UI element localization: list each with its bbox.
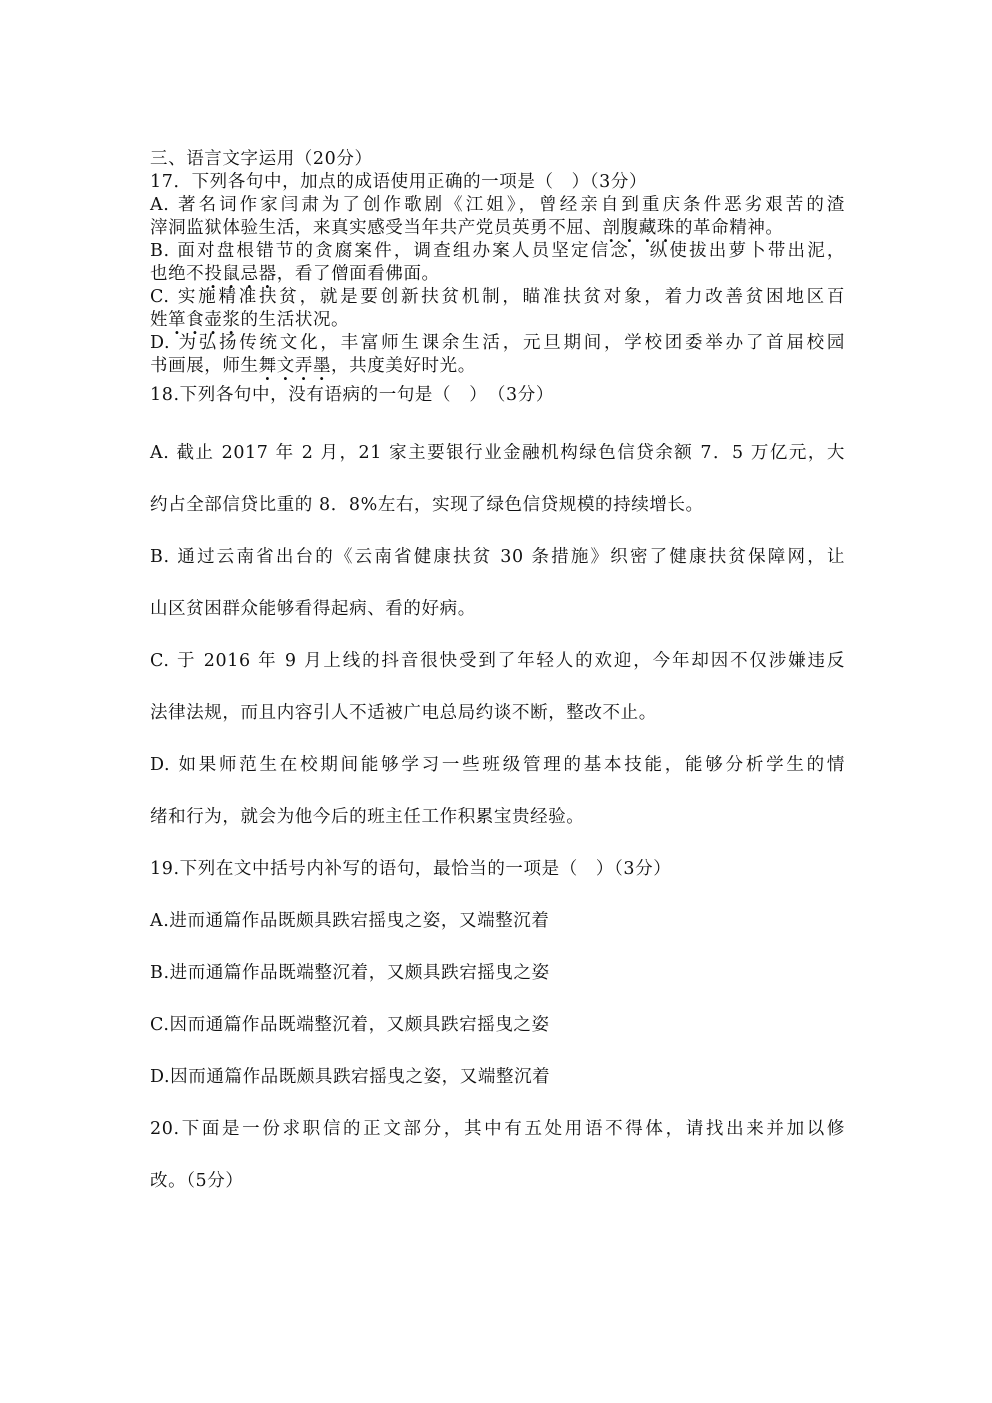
dotted-char: 食 — [186, 310, 204, 330]
option-label: B. — [150, 547, 170, 567]
q19-option-d: D.因而通篇作品既颇具跌宕摇曳之姿，又端整沉着 — [150, 1051, 845, 1103]
option-text: 通过云南省出台的《云南省健康扶贫 30 条措施》织密了健康扶贫保障网，让 — [177, 547, 845, 567]
option-label: B. — [150, 963, 170, 983]
dotted-char: 忌 — [241, 264, 259, 284]
option-text: 为弘扬传统文化，丰富师生课余生活，元旦期间，学校团委举办了首届校园 — [179, 333, 845, 353]
option-text: 的生活状况。 — [241, 310, 350, 330]
q19-stem: 19.下列在文中括号内补写的语句，最恰当的一项是（ ）（3分） — [150, 843, 845, 895]
option-text: 于 2016 年 9 月上线的抖音很快受到了年轻人的欢迎，今年却因不仅涉嫌违反 — [177, 651, 845, 671]
option-label: D. — [150, 333, 170, 353]
dotted-char: 藏 — [639, 218, 657, 238]
q17-option-d-line2: 书画展，师生舞文弄墨，共度美好时光。 — [150, 355, 845, 378]
option-text: 如果师范生在校期间能够学习一些班级管理的基本技能，能够分析学生的情 — [179, 755, 845, 775]
q17-option-b-line1: B. 面对盘根错节的贪腐案件，调查组办案人员坚定信念，纵使拔出萝卜带出泥， — [150, 240, 845, 263]
option-text: 进而通篇作品既颇具跌宕摇曳之姿，又端整沉着 — [169, 911, 549, 931]
dotted-char: 器 — [259, 264, 277, 284]
option-text: 截止 2017 年 2 月，21 家主要银行业金融机构绿色信贷余额 7．5 万亿… — [176, 443, 845, 463]
q17-option-c-line1: C. 实施精准扶贫，就是要创新扶贫机制，瞄准扶贫对象，着力改善贫困地区百 — [150, 286, 845, 309]
option-label: A. — [150, 911, 169, 931]
option-text: 姓 — [150, 310, 168, 330]
option-text: 因而通篇作品既端整沉着，又颇具跌宕摇曳之姿 — [170, 1015, 550, 1035]
option-label: D. — [150, 1067, 170, 1087]
option-label: D. — [150, 755, 170, 775]
dotted-char: 鼠 — [222, 264, 240, 284]
question-text: 20.下面是一份求职信的正文部分，其中有五处用语不得体，请找出来并加以修 — [150, 1119, 845, 1139]
q18-option-d-line2: 绪和行为，就会为他今后的班主任工作积累宝贵经验。 — [150, 791, 845, 843]
option-label: C. — [150, 1015, 170, 1035]
q17-option-d-line1: D. 为弘扬传统文化，丰富师生课余生活，元旦期间，学校团委举办了首届校园 — [150, 332, 845, 355]
dotted-char: 文 — [277, 356, 295, 376]
option-text: 因而通篇作品既颇具跌宕摇曳之姿，又端整沉着 — [170, 1067, 550, 1087]
option-label: B. — [150, 241, 170, 261]
q17-stem: 17．下列各句中，加点的成语使用正确的一项是（ ）（3分） — [150, 171, 845, 194]
q17-option-b-line2: 也绝不投鼠忌器，看了僧面看佛面。 — [150, 263, 845, 286]
option-text: ，共度美好时光。 — [331, 356, 476, 376]
dotted-char: 墨 — [313, 356, 331, 376]
q19-option-c: C.因而通篇作品既端整沉着，又颇具跌宕摇曳之姿 — [150, 999, 845, 1051]
q17-option-c-line2: 姓箪食壶浆的生活状况。 — [150, 309, 845, 332]
q20-stem-line2: 改。（5分） — [150, 1155, 845, 1207]
dotted-char: 腹 — [621, 218, 639, 238]
option-text: 书画展，师生 — [150, 356, 259, 376]
dotted-char: 弄 — [295, 356, 313, 376]
q18-option-a-line1: A. 截止 2017 年 2 月，21 家主要银行业金融机构绿色信贷余额 7．5… — [150, 427, 845, 479]
q19-option-a: A.进而通篇作品既颇具跌宕摇曳之姿，又端整沉着 — [150, 895, 845, 947]
option-text: 的革命精神。 — [675, 218, 784, 238]
q17-option-a-line1: A. 著名词作家闫肃为了创作歌剧《江姐》，曾经亲自到重庆条件恶劣艰苦的渣 — [150, 194, 845, 217]
option-text: 实施精准扶贫，就是要创新扶贫机制，瞄准扶贫对象，着力改善贫困地区百 — [178, 287, 845, 307]
q18-option-c-line2: 法律法规，而且内容引人不适被广电总局约谈不断，整改不止。 — [150, 687, 845, 739]
option-text: 著名词作家闫肃为了创作歌剧《江姐》，曾经亲自到重庆条件恶劣艰苦的渣 — [178, 195, 845, 215]
q18-option-b-line2: 山区贫困群众能够看得起病、看的好病。 — [150, 583, 845, 635]
option-text: 也绝不 — [150, 264, 204, 284]
q20-stem-line1: 20.下面是一份求职信的正文部分，其中有五处用语不得体，请找出来并加以修 — [150, 1103, 845, 1155]
dotted-char: 箪 — [168, 310, 186, 330]
q18-option-d-line1: D. 如果师范生在校期间能够学习一些班级管理的基本技能，能够分析学生的情 — [150, 739, 845, 791]
dotted-char: 壶 — [204, 310, 222, 330]
option-label: C. — [150, 651, 170, 671]
dotted-char: 剖 — [603, 218, 621, 238]
dotted-char: 投 — [204, 264, 222, 284]
option-text: 进而通篇作品既端整沉着，又颇具跌宕摇曳之姿 — [170, 963, 550, 983]
section-title: 三、语言文字运用（20分） — [150, 148, 845, 171]
dotted-char: 舞 — [259, 356, 277, 376]
dotted-char: 珠 — [657, 218, 675, 238]
exam-page: 三、语言文字运用（20分） 17．下列各句中，加点的成语使用正确的一项是（ ）（… — [150, 148, 845, 1207]
q17-option-a-line2: 滓洞监狱体验生活，来真实感受当年共产党员英勇不屈、剖腹藏珠的革命精神。 — [150, 217, 845, 240]
option-label: C. — [150, 287, 170, 307]
option-text: 面对盘根错节的贪腐案件，调查组办案人员坚定信念，纵使拔出萝卜带出泥， — [177, 241, 845, 261]
q18-option-a-line2: 约占全部信贷比重的 8．8%左右，实现了绿色信贷规模的持续增长。 — [150, 479, 845, 531]
option-text: 滓洞监狱体验生活，来真实感受当年共产党员英勇不屈、 — [150, 218, 603, 238]
option-label: A. — [150, 195, 169, 215]
q18-option-b-line1: B. 通过云南省出台的《云南省健康扶贫 30 条措施》织密了健康扶贫保障网，让 — [150, 531, 845, 583]
option-label: A. — [150, 443, 169, 463]
dotted-char: 浆 — [222, 310, 240, 330]
q18-stem: 18.下列各句中，没有语病的一句是（ ） （3分） — [150, 384, 845, 407]
q18-option-c-line1: C. 于 2016 年 9 月上线的抖音很快受到了年轻人的欢迎，今年却因不仅涉嫌… — [150, 635, 845, 687]
q19-option-b: B.进而通篇作品既端整沉着，又颇具跌宕摇曳之姿 — [150, 947, 845, 999]
option-text: ，看了僧面看佛面。 — [277, 264, 440, 284]
